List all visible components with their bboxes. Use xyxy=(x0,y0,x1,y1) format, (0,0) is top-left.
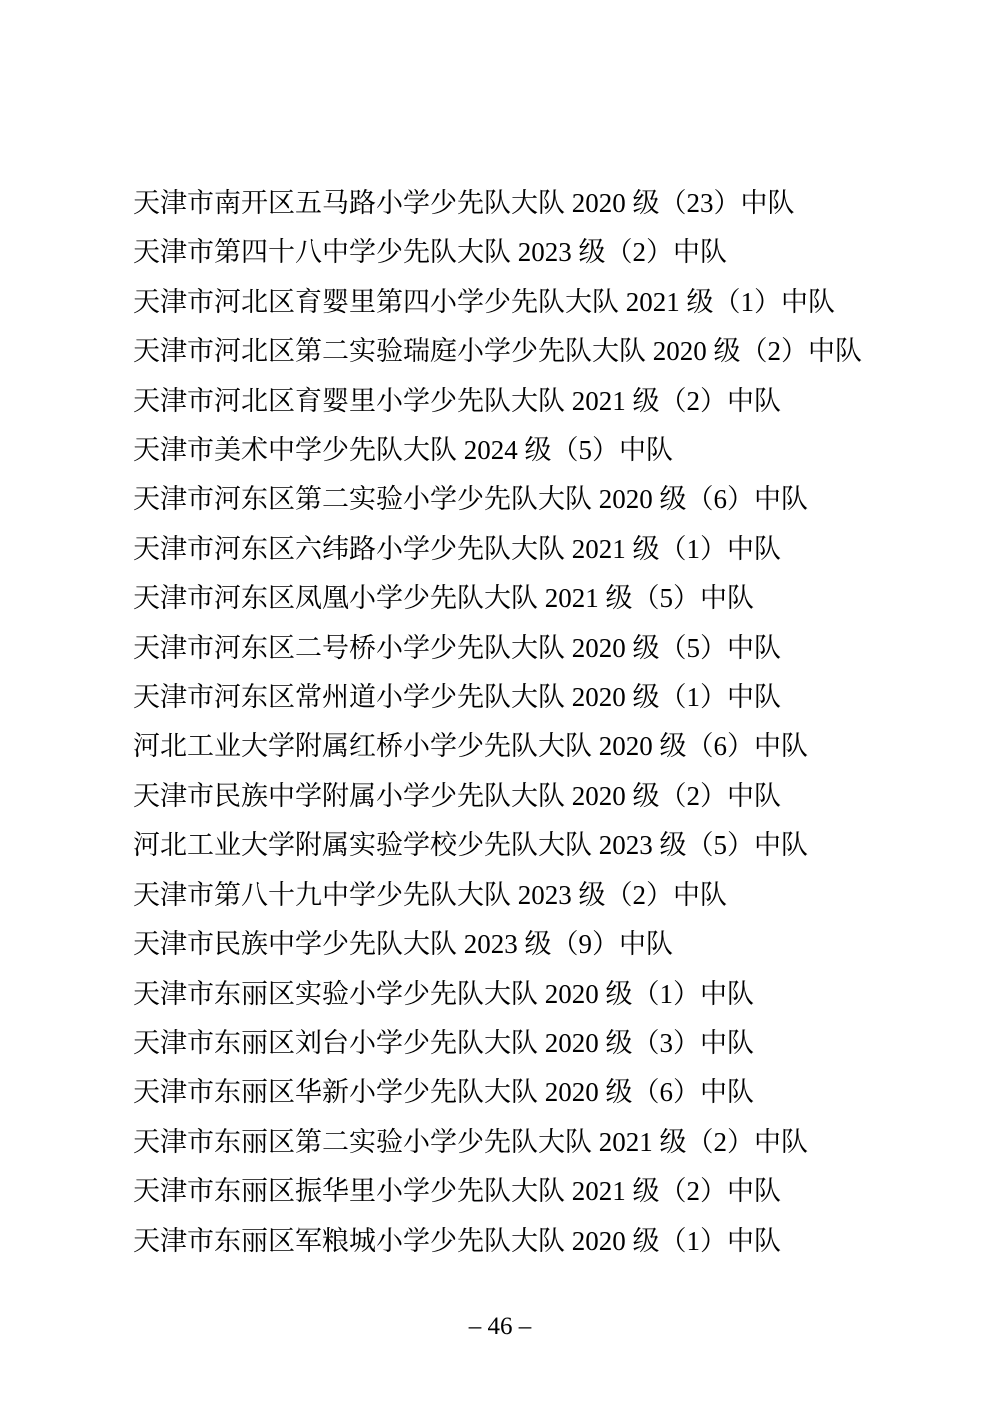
squad-line: 天津市河东区六纬路小学少先队大队 2021 级（1）中队 xyxy=(133,525,960,574)
squad-line: 河北工业大学附属实验学校少先队大队 2023 级（5）中队 xyxy=(133,821,960,870)
squad-line: 天津市东丽区军粮城小学少先队大队 2020 级（1）中队 xyxy=(133,1217,960,1266)
page-number: – 46 – xyxy=(0,1314,1000,1339)
squad-line: 天津市民族中学少先队大队 2023 级（9）中队 xyxy=(133,920,960,969)
squad-line: 天津市东丽区华新小学少先队大队 2020 级（6）中队 xyxy=(133,1068,960,1117)
squad-line: 天津市河东区第二实验小学少先队大队 2020 级（6）中队 xyxy=(133,475,960,524)
squad-line: 天津市第四十八中学少先队大队 2023 级（2）中队 xyxy=(133,228,960,277)
squad-line: 天津市河东区凤凰小学少先队大队 2021 级（5）中队 xyxy=(133,574,960,623)
squad-line: 天津市东丽区实验小学少先队大队 2020 级（1）中队 xyxy=(133,970,960,1019)
squad-line: 天津市河北区育婴里第四小学少先队大队 2021 级（1）中队 xyxy=(133,278,960,327)
squad-line: 天津市第八十九中学少先队大队 2023 级（2）中队 xyxy=(133,871,960,920)
squad-line: 天津市河北区育婴里小学少先队大队 2021 级（2）中队 xyxy=(133,377,960,426)
squad-line: 天津市南开区五马路小学少先队大队 2020 级（23）中队 xyxy=(133,179,960,228)
squad-line: 天津市民族中学附属小学少先队大队 2020 级（2）中队 xyxy=(133,772,960,821)
squad-line: 天津市东丽区第二实验小学少先队大队 2021 级（2）中队 xyxy=(133,1118,960,1167)
squad-line: 河北工业大学附属红桥小学少先队大队 2020 级（6）中队 xyxy=(133,722,960,771)
squad-line: 天津市河东区常州道小学少先队大队 2020 级（1）中队 xyxy=(133,673,960,722)
squad-line: 天津市东丽区振华里小学少先队大队 2021 级（2）中队 xyxy=(133,1167,960,1216)
document-page: 天津市南开区五马路小学少先队大队 2020 级（23）中队 天津市第四十八中学少… xyxy=(0,0,1000,1414)
squad-line: 天津市美术中学少先队大队 2024 级（5）中队 xyxy=(133,426,960,475)
squad-list: 天津市南开区五马路小学少先队大队 2020 级（23）中队 天津市第四十八中学少… xyxy=(133,179,960,1266)
squad-line: 天津市河东区二号桥小学少先队大队 2020 级（5）中队 xyxy=(133,624,960,673)
squad-line: 天津市东丽区刘台小学少先队大队 2020 级（3）中队 xyxy=(133,1019,960,1068)
squad-line: 天津市河北区第二实验瑞庭小学少先队大队 2020 级（2）中队 xyxy=(133,327,960,376)
